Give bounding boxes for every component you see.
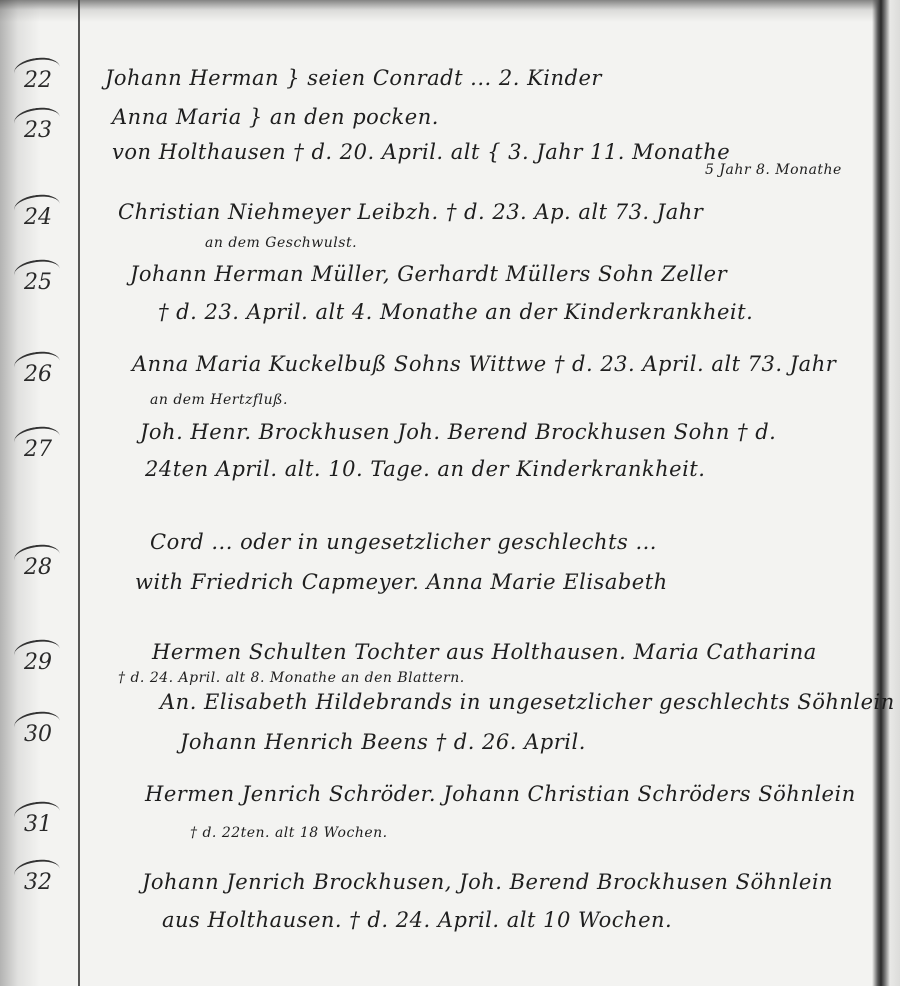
entry-line: Johann Herman } seien Conradt ... 2. Kin… <box>105 66 602 90</box>
entry-line: Hermen Schulten Tochter aus Holthausen. … <box>152 640 817 664</box>
margin-rule <box>78 0 80 986</box>
entry-line: Christian Niehmeyer Leibzh. † d. 23. Ap.… <box>118 200 703 224</box>
entry-line: with Friedrich Capmeyer. Anna Marie Elis… <box>135 570 668 594</box>
entry-line: an dem Geschwulst. <box>205 235 357 251</box>
entry-number: 22 <box>14 68 72 93</box>
entry-line: 24ten April. alt. 10. Tage. an der Kinde… <box>145 457 705 481</box>
entry-line: Johann Jenrich Brockhusen, Joh. Berend B… <box>142 870 833 894</box>
entry-line: Cord ... oder in ungesetzlicher geschlec… <box>150 530 657 554</box>
entry-number: 26 <box>14 362 72 387</box>
entry-line: Johann Herman Müller, Gerhardt Müllers S… <box>130 262 727 286</box>
entry-number: 31 <box>14 812 72 837</box>
entry-number: 29 <box>14 650 72 675</box>
entry-line: Joh. Henr. Brockhusen Joh. Berend Brockh… <box>140 420 776 444</box>
entry-number: 30 <box>14 722 72 747</box>
entry-line: † d. 23. April. alt 4. Monathe an der Ki… <box>158 300 753 324</box>
entry-number: 25 <box>14 270 72 295</box>
entry-line: Anna Maria Kuckelbuß Sohns Wittwe † d. 2… <box>132 352 836 376</box>
entry-number: 28 <box>14 555 72 580</box>
entry-line: † d. 22ten. alt 18 Wochen. <box>190 825 388 841</box>
entry-line: von Holthausen † d. 20. April. alt { 3. … <box>112 140 730 164</box>
entry-number: 23 <box>14 118 72 143</box>
entry-line: 5 Jahr 8. Monathe <box>705 162 842 178</box>
register-page: 22 23 24 25 26 27 28 29 30 31 32 Johann … <box>0 0 900 986</box>
page-binding-edge <box>872 0 900 986</box>
entry-number: 27 <box>14 437 72 462</box>
entry-line: Anna Maria } an den pocken. <box>112 105 439 129</box>
entry-number: 32 <box>14 870 72 895</box>
entry-line: † d. 24. April. alt 8. Monathe an den Bl… <box>118 670 465 686</box>
entry-line: Hermen Jenrich Schröder. Johann Christia… <box>145 782 856 806</box>
entry-line: Johann Henrich Beens † d. 26. April. <box>180 730 586 754</box>
entry-number: 24 <box>14 205 72 230</box>
entry-line: An. Elisabeth Hildebrands in ungesetzlic… <box>160 690 895 714</box>
entry-line: an dem Hertzfluß. <box>150 392 288 408</box>
entry-line: aus Holthausen. † d. 24. April. alt 10 W… <box>162 908 672 932</box>
